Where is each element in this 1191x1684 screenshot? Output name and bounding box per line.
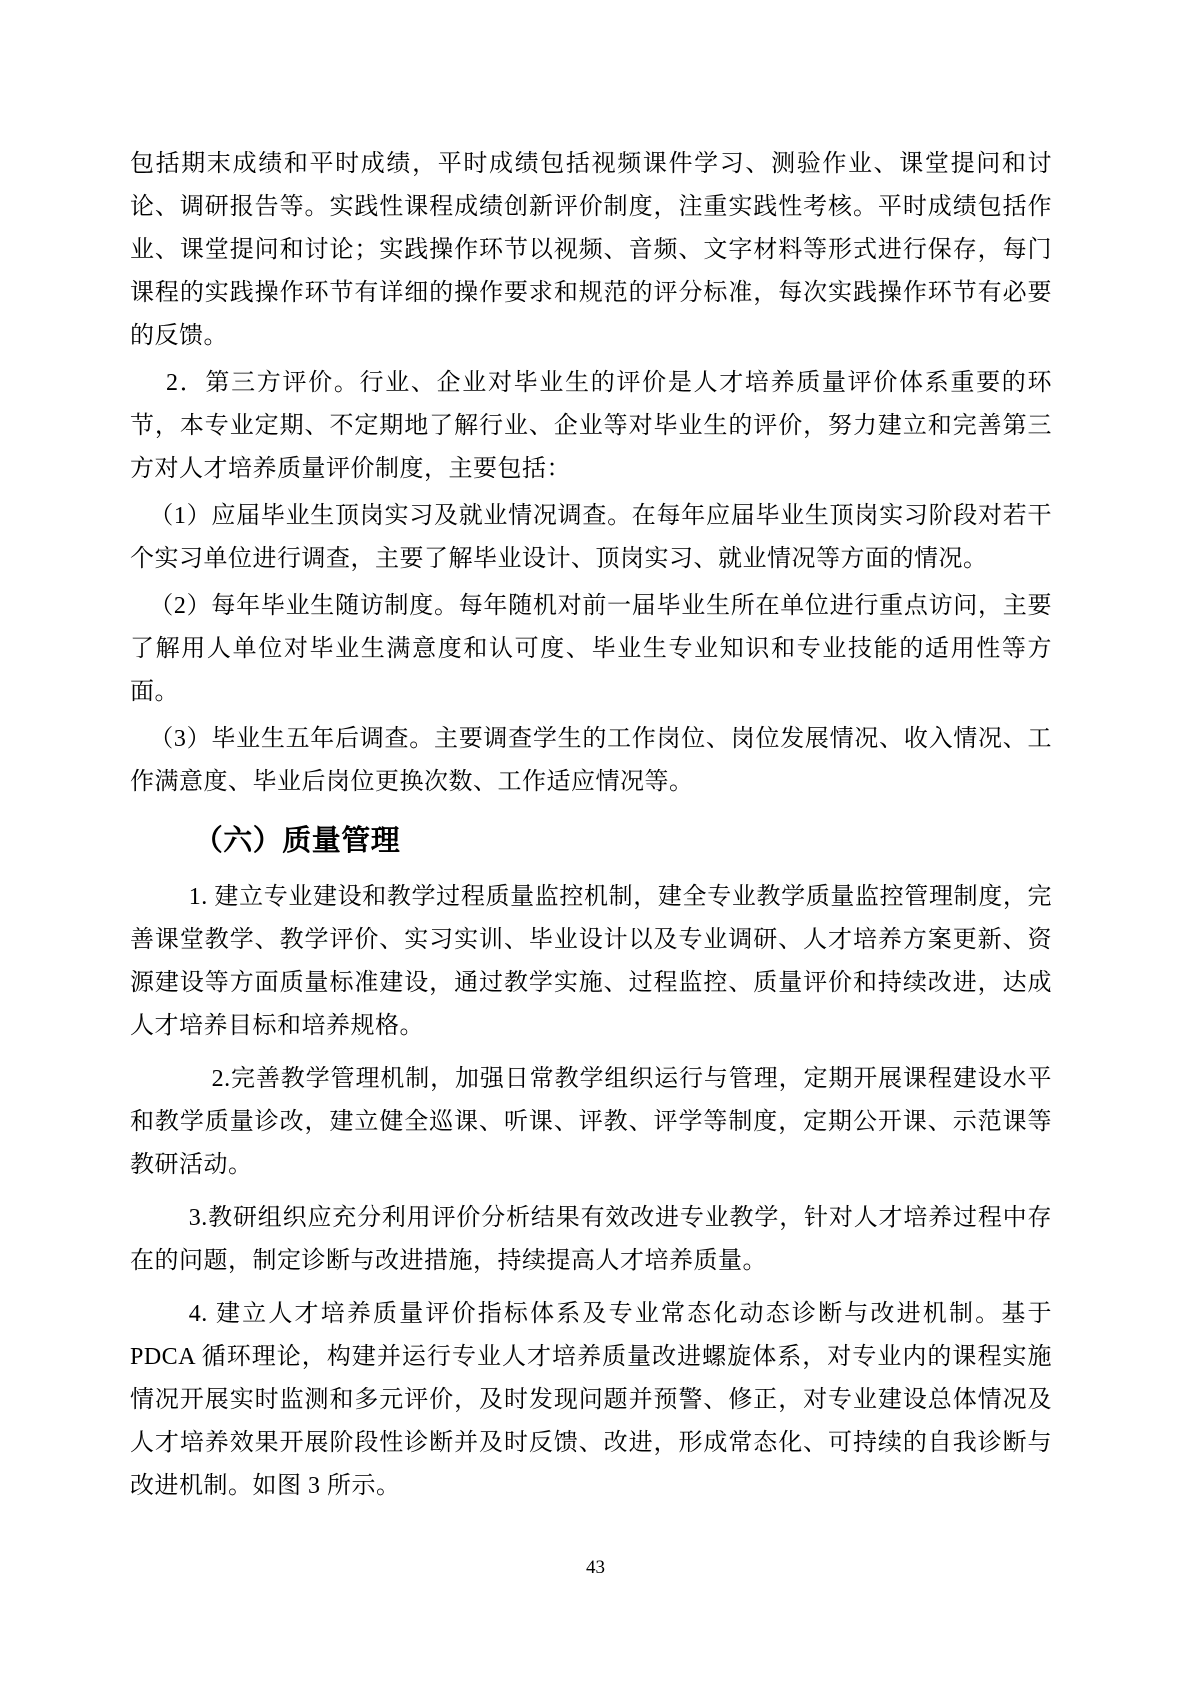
paragraph-survey-internship-employment: （1）应届毕业生顶岗实习及就业情况调查。在每年应届毕业生顶岗实习阶段对若干个实习… xyxy=(130,495,1052,581)
page-number: 43 xyxy=(586,1557,605,1578)
page-footer: 43 xyxy=(0,1556,1191,1580)
paragraph-survey-five-year: （3）毕业生五年后调查。主要调查学生的工作岗位、岗位发展情况、收入情况、工作满意… xyxy=(130,718,1052,804)
document-body: 包括期末成绩和平时成绩，平时成绩包括视频课件学习、测验作业、课堂提问和讨论、调研… xyxy=(130,143,1052,1508)
document-page: 包括期末成绩和平时成绩，平时成绩包括视频课件学习、测验作业、课堂提问和讨论、调研… xyxy=(0,0,1191,1684)
paragraph-qm-research-improvement: 3.教研组织应充分利用评价分析结果有效改进专业教学，针对人才培养过程中存在的问题… xyxy=(130,1197,1052,1283)
paragraph-survey-annual-followup: （2）每年毕业生随访制度。每年随机对前一届毕业生所在单位进行重点访问，主要了解用… xyxy=(130,585,1052,714)
paragraph-qm-pdca-mechanism: 4. 建立人才培养质量评价指标体系及专业常态化动态诊断与改进机制。基于 PDCA… xyxy=(130,1293,1052,1508)
paragraph-third-party-evaluation: 2．第三方评价。行业、企业对毕业生的评价是人才培养质量评价体系重要的环节，本专业… xyxy=(130,362,1052,491)
paragraph-qm-teaching-management: 2.完善教学管理机制，加强日常教学组织运行与管理，定期开展课程建设水平和教学质量… xyxy=(130,1058,1052,1187)
paragraph-grade-composition: 包括期末成绩和平时成绩，平时成绩包括视频课件学习、测验作业、课堂提问和讨论、调研… xyxy=(130,143,1052,358)
section-heading-quality-management: （六）质量管理 xyxy=(130,818,1052,864)
paragraph-qm-monitoring-mechanism: 1. 建立专业建设和教学过程质量监控机制，建全专业教学质量监控管理制度，完善课堂… xyxy=(130,876,1052,1048)
